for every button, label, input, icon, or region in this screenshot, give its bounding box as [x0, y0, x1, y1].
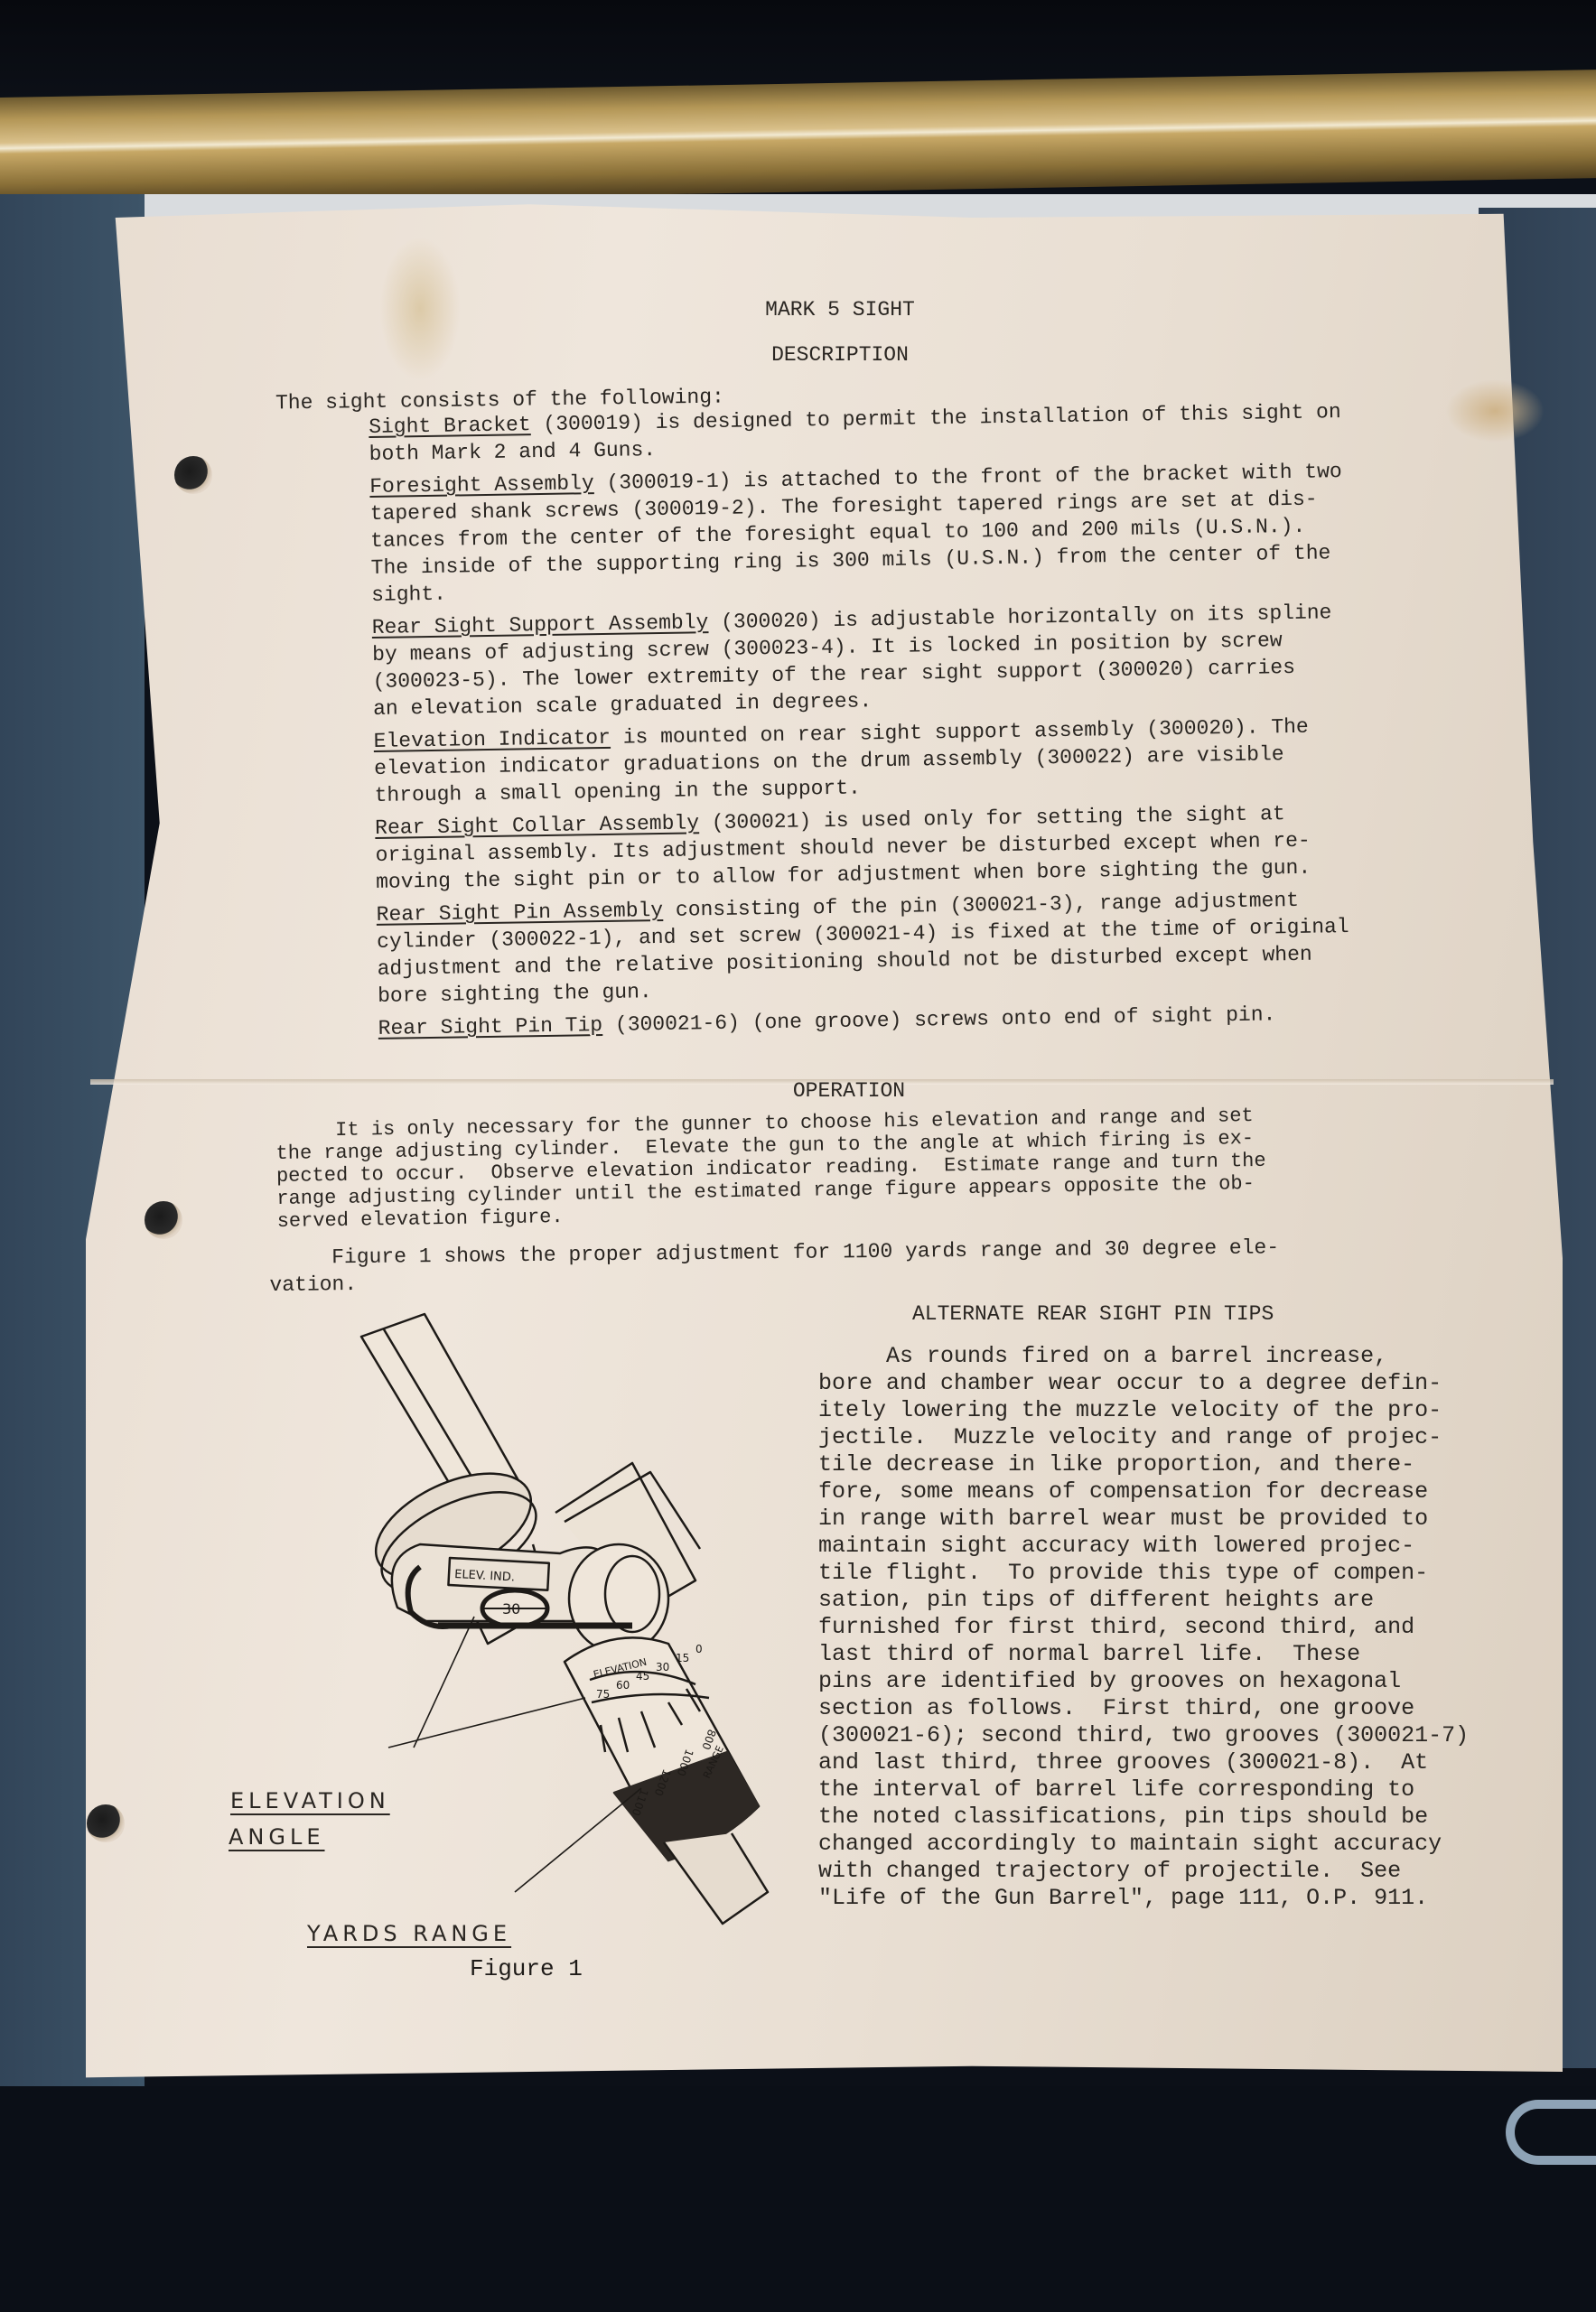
label-yards-range: YARDS RANGE [307, 1921, 511, 1946]
svg-text:45: 45 [636, 1670, 649, 1683]
metal-clip [1506, 2100, 1596, 2165]
punch-hole [145, 1201, 182, 1239]
alternate-paragraph: As rounds fired on a barrel increase,bor… [818, 1343, 1469, 1912]
figure-reference-paragraph: Figure 1 shows the proper adjustment for… [269, 1234, 1280, 1299]
svg-text:15: 15 [676, 1652, 689, 1664]
svg-text:30: 30 [656, 1661, 669, 1673]
svg-text:75: 75 [596, 1688, 610, 1701]
part-name: Foresight Assembly [369, 471, 594, 499]
label-angle: ANGLE [229, 1824, 325, 1850]
paragraph-line: jectile. Muzzle velocity and range of pr… [818, 1424, 1469, 1451]
paragraph-line: (300021-6); second third, two grooves (3… [818, 1722, 1469, 1749]
paragraph-line: itely lowering the muzzle velocity of th… [818, 1397, 1469, 1424]
part-name: Rear Sight Support Assembly [372, 611, 709, 639]
part-name: Elevation Indicator [373, 726, 611, 753]
paragraph-line: sation, pin tips of different heights ar… [818, 1587, 1469, 1614]
elevation-indicator-value: 30 [502, 1600, 520, 1617]
paragraph-line: the noted classifications, pin tips shou… [818, 1804, 1469, 1831]
paragraph-line: last third of normal barrel life. These [818, 1641, 1469, 1668]
part-entry: Foresight Assembly (300019-1) is attache… [369, 458, 1344, 609]
part-entry: Elevation Indicator is mounted on rear s… [373, 713, 1347, 809]
paper-stain [379, 237, 461, 381]
paragraph-line: the interval of barrel life correspondin… [818, 1776, 1469, 1804]
paragraph-line: tile flight. To provide this type of com… [818, 1560, 1469, 1587]
background-dark-bottom [0, 2086, 1596, 2312]
paragraph-line: section as follows. First third, one gro… [818, 1695, 1469, 1722]
paragraph-line: with changed trajectory of projectile. S… [818, 1858, 1469, 1885]
paragraph-line: "Life of the Gun Barrel", page 111, O.P.… [818, 1885, 1469, 1912]
section-heading-operation: OPERATION [668, 1077, 1030, 1105]
parts-list: Sight Bracket (300019) is designed to pe… [369, 398, 1350, 1048]
part-entry: Rear Sight Support Assembly (300020) is … [371, 599, 1345, 722]
section-heading-description: DESCRIPTION [632, 341, 1048, 368]
paragraph-line: maintain sight accuracy with lowered pro… [818, 1533, 1469, 1560]
part-entry: Rear Sight Collar Assembly (300021) is u… [375, 799, 1349, 896]
paragraph-line: and last third, three grooves (300021-8)… [818, 1749, 1469, 1776]
punch-hole [87, 1804, 125, 1842]
figure-1-sight-illustration: ELEV. IND. 30 ELEVATION RANGE 7560453015… [217, 1300, 795, 2005]
paragraph-line: As rounds fired on a barrel increase, [818, 1343, 1469, 1370]
document-title: MARK 5 SIGHT [632, 296, 1048, 323]
paragraph-line: in range with barrel wear must be provid… [818, 1506, 1469, 1533]
paragraph-line: changed accordingly to maintain sight ac… [818, 1831, 1469, 1858]
paragraph-line: bore and chamber wear occur to a degree … [818, 1370, 1469, 1397]
paragraph-line: fore, some means of compensation for dec… [818, 1478, 1469, 1506]
punch-hole [174, 456, 212, 494]
part-text: (300021-6) (one groove) screws onto end … [602, 1002, 1276, 1037]
part-name: Rear Sight Pin Assembly [377, 899, 664, 927]
part-name: Sight Bracket [369, 413, 531, 439]
figure-caption: Figure 1 [470, 1955, 583, 1982]
paragraph-line: pins are identified by grooves on hexago… [818, 1668, 1469, 1695]
operation-paragraph: It is only necessary for the gunner to c… [275, 1105, 1267, 1233]
paragraph-line: furnished for first third, second third,… [818, 1614, 1469, 1641]
part-name: Rear Sight Collar Assembly [375, 811, 699, 840]
part-name: Rear Sight Pin Tip [378, 1013, 602, 1040]
paragraph-line: tile decrease in like proportion, and th… [818, 1451, 1469, 1478]
svg-text:60: 60 [616, 1679, 630, 1692]
section-heading-alternate: ALTERNATE REAR SIGHT PIN TIPS [912, 1300, 1274, 1328]
part-entry: Rear Sight Pin Assembly consisting of th… [376, 886, 1349, 1010]
svg-text:0: 0 [695, 1643, 703, 1655]
paper-stain [1445, 379, 1545, 443]
label-elevation: ELEVATION [230, 1788, 390, 1813]
